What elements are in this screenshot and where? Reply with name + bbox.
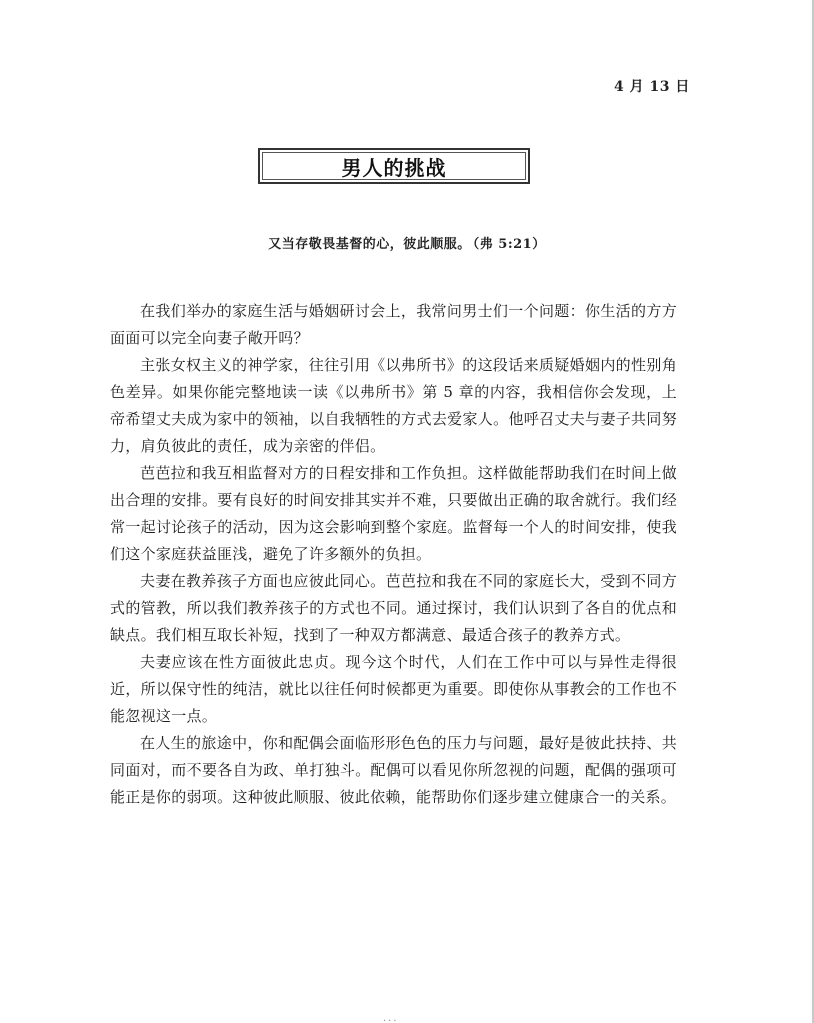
page-number: ··· [383, 1016, 399, 1023]
page-title: 男人的挑战 [342, 152, 447, 181]
title-frame: 男人的挑战 [258, 148, 530, 184]
paragraph: 在人生的旅途中，你和配偶会面临形形色色的压力与问题，最好是彼此扶持、共同面对，而… [110, 730, 677, 811]
paragraph: 夫妻在教养孩子方面也应彼此同心。芭芭拉和我在不同的家庭长大，受到不同方式的管教，… [110, 568, 677, 649]
paragraph: 在我们举办的家庭生活与婚姻研讨会上，我常问男士们一个问题：你生活的方方面面可以完… [110, 298, 677, 352]
body-text: 在我们举办的家庭生活与婚姻研讨会上，我常问男士们一个问题：你生活的方方面面可以完… [110, 298, 677, 811]
verse-text: 又当存敬畏基督的心，彼此顺服。 [268, 237, 471, 252]
paragraph: 主张女权主义的神学家，往往引用《以弗所书》的这段话来质疑婚姻内的性别角色差异。如… [110, 352, 677, 460]
paragraph: 夫妻应该在性方面彼此忠贞。现今这个时代，人们在工作中可以与异性走得很近，所以保守… [110, 649, 677, 730]
page-date: 4 月 13 日 [614, 76, 690, 96]
book-page: 4 月 13 日 男人的挑战 又当存敬畏基督的心，彼此顺服。（弗 5:21） 在… [0, 0, 814, 1023]
paragraph: 芭芭拉和我互相监督对方的日程安排和工作负担。这样做能帮助我们在时间上做出合理的安… [110, 460, 677, 568]
scripture-verse: 又当存敬畏基督的心，彼此顺服。（弗 5:21） [0, 233, 814, 252]
verse-reference: （弗 5:21） [473, 237, 546, 252]
